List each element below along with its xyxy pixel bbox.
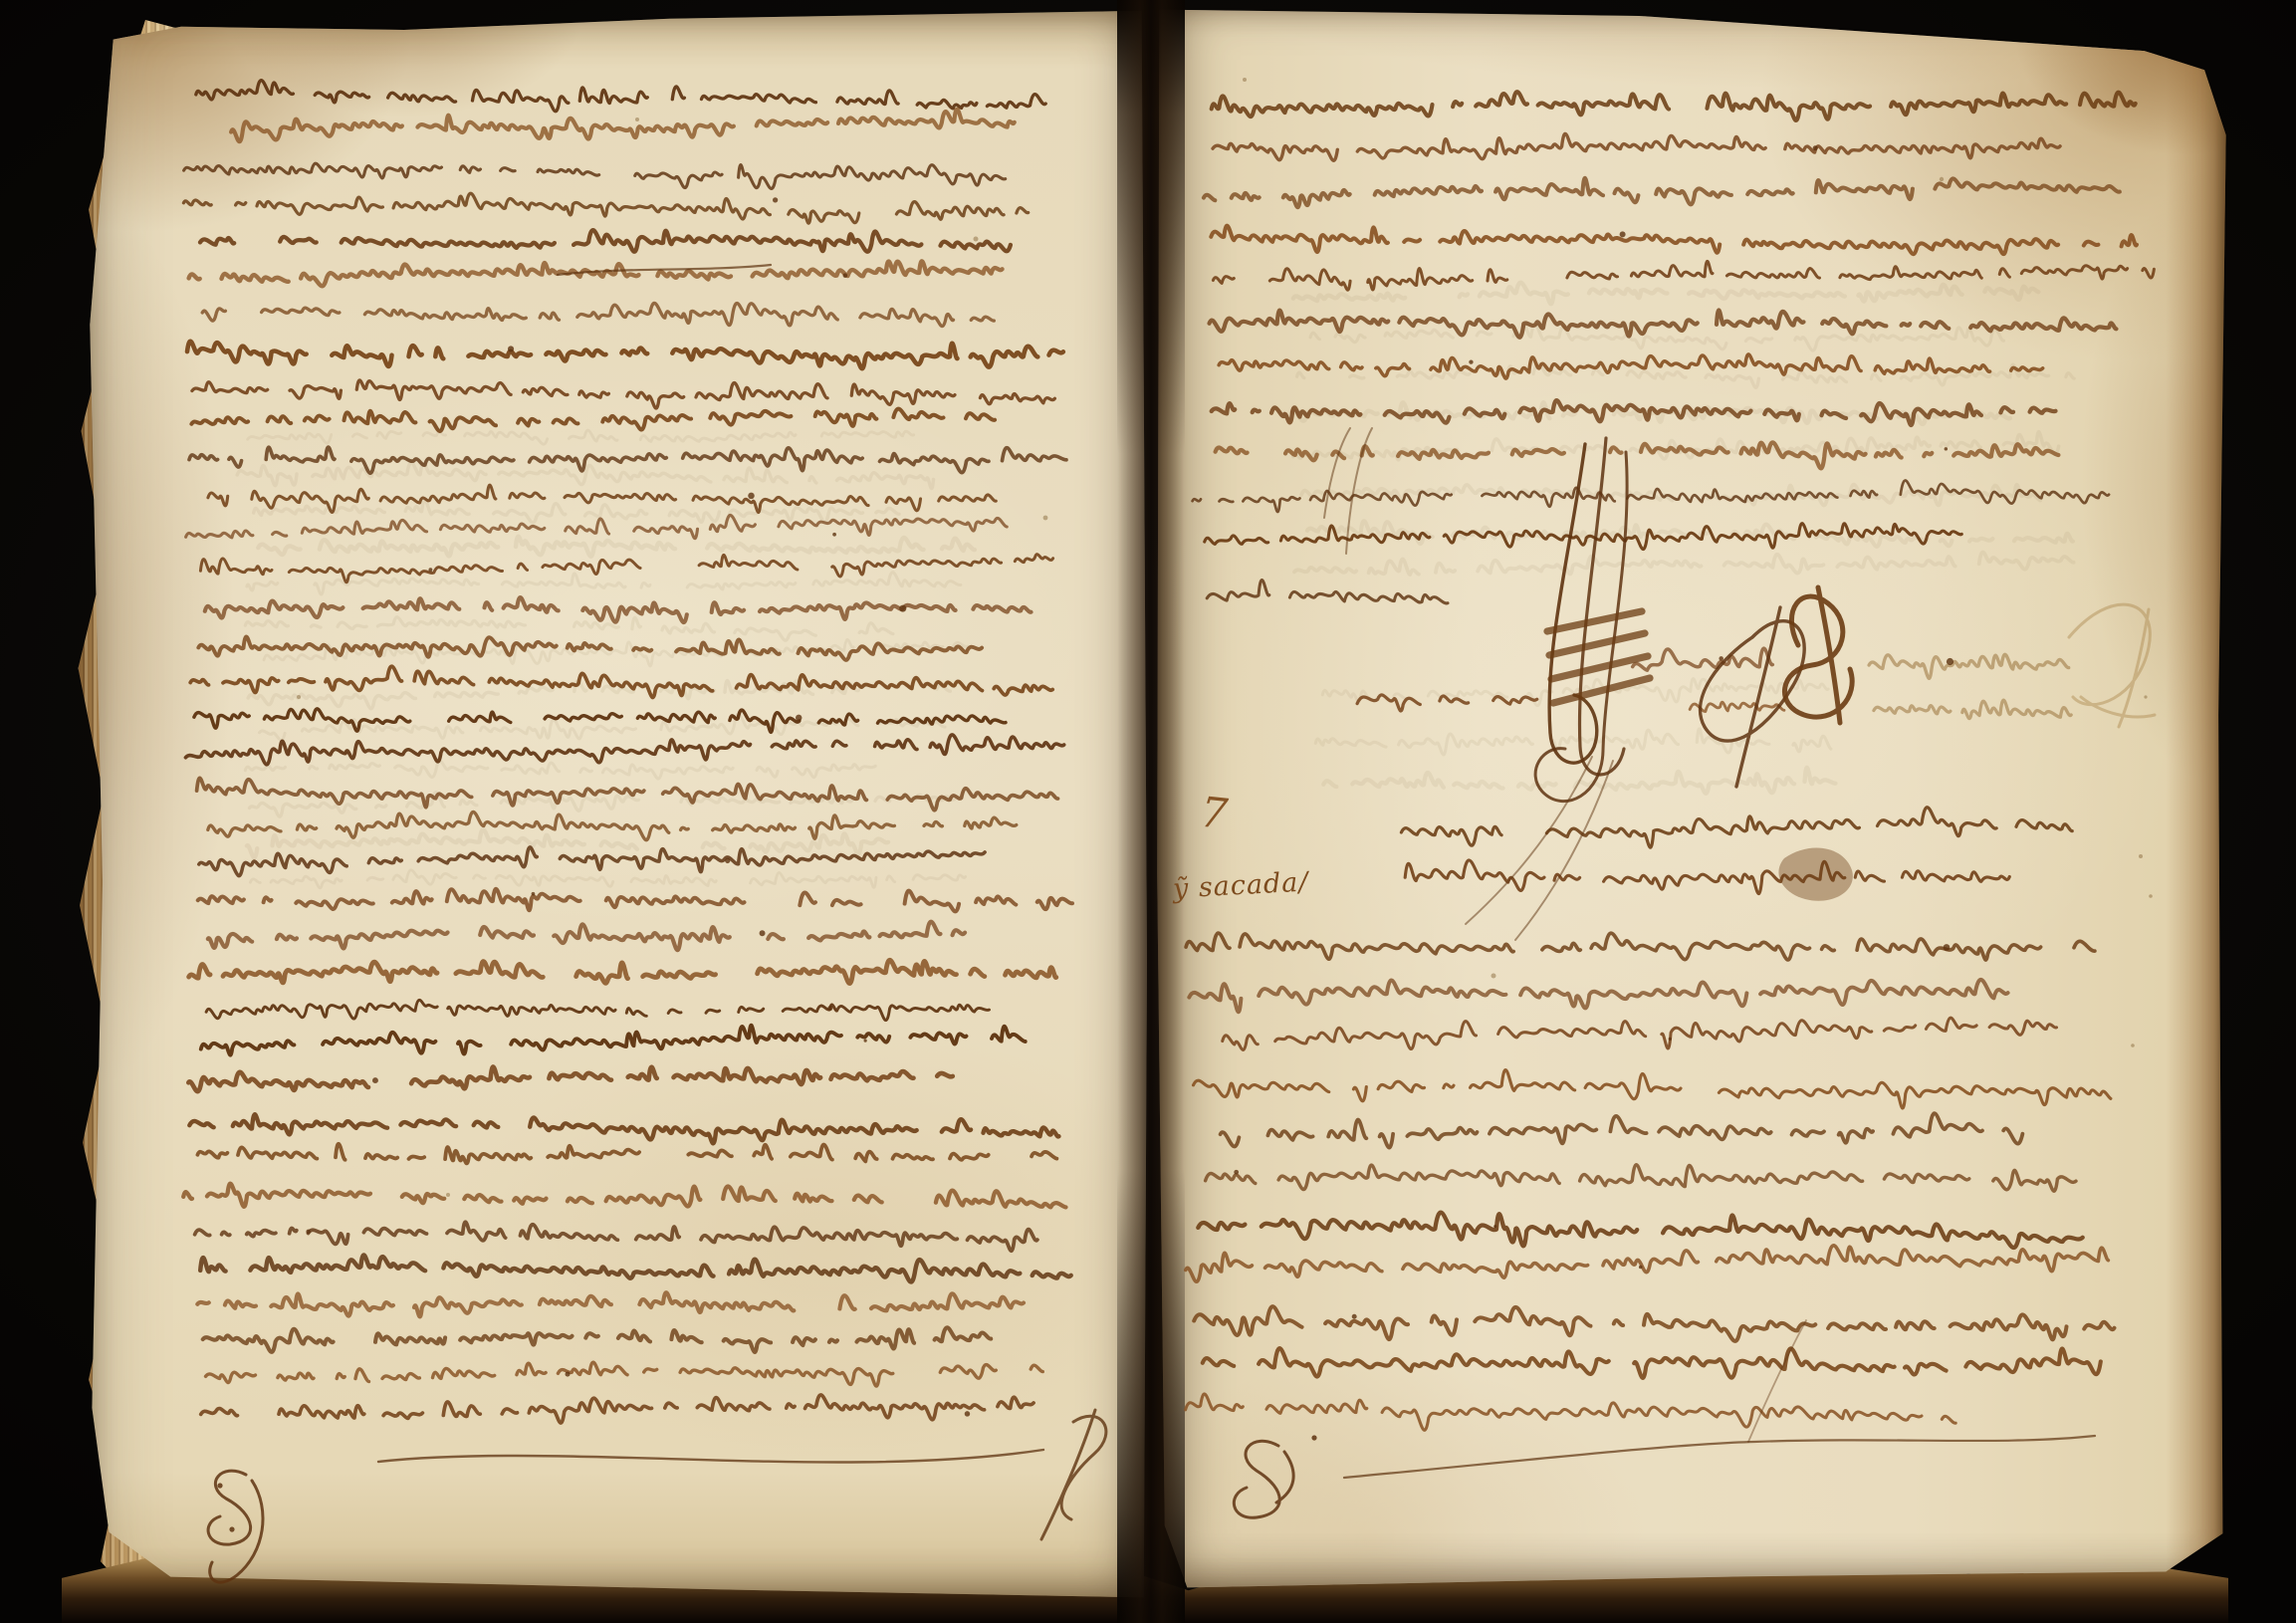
handwriting-ink-layer	[0, 0, 2296, 1623]
folio-numeral: 7	[1199, 788, 1231, 839]
manuscript-photo: 7 ỹ sacada/	[0, 0, 2296, 1623]
